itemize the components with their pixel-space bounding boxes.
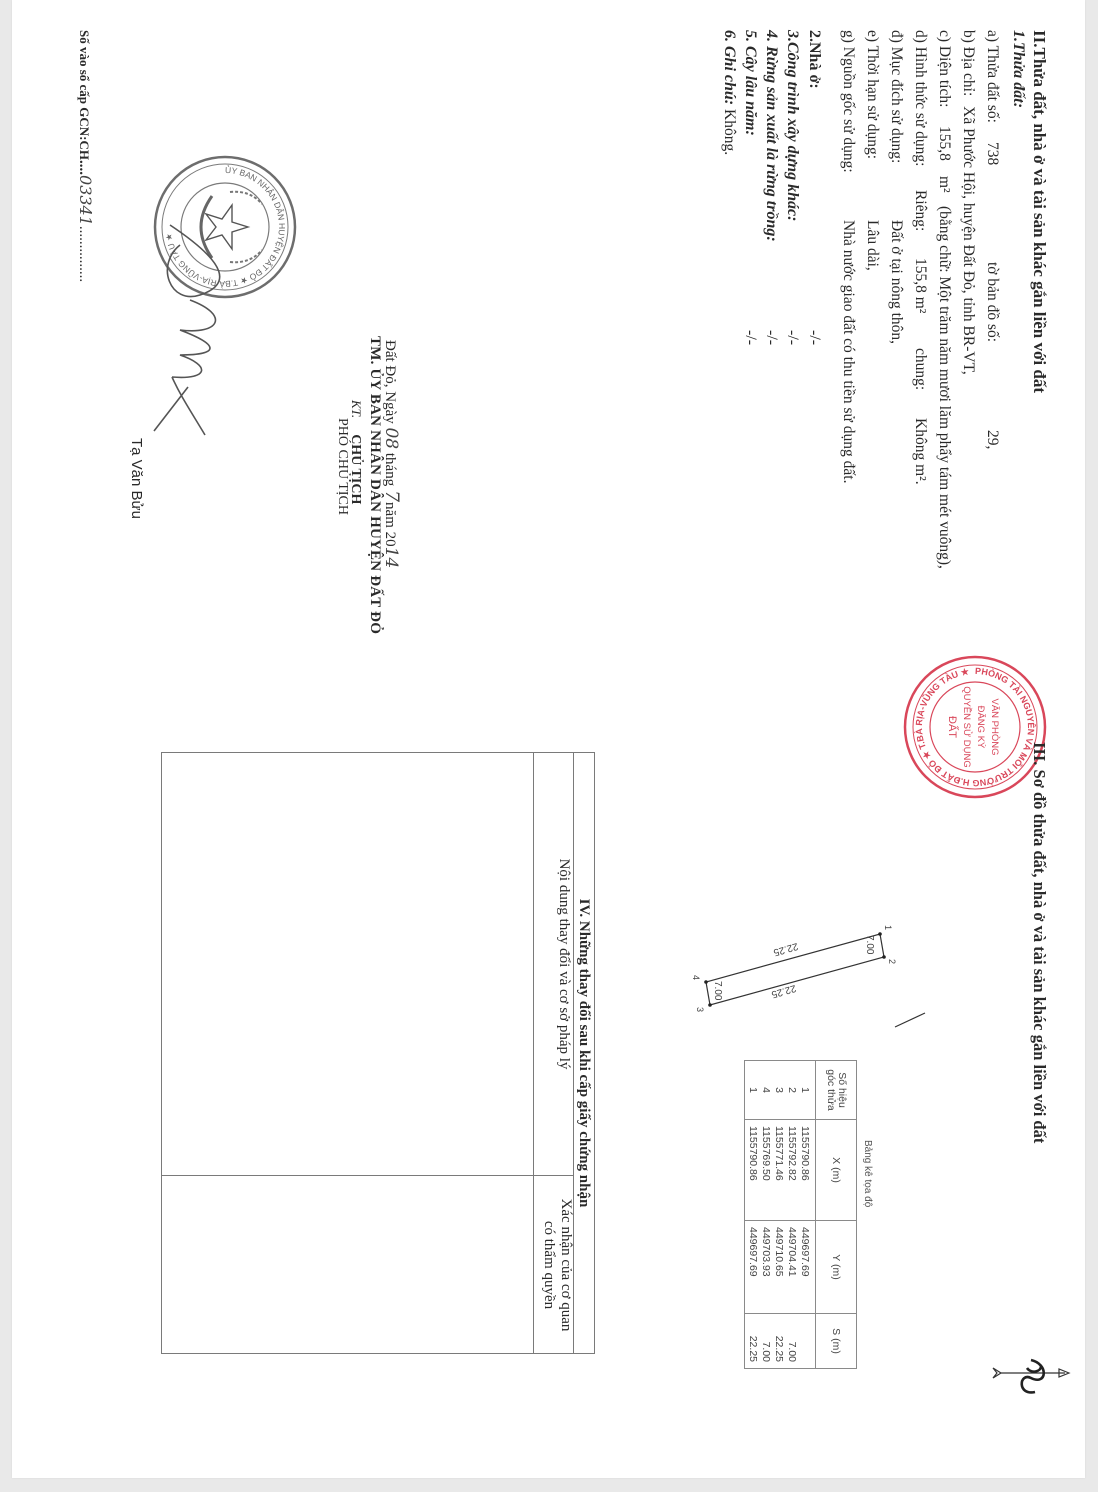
other-construction-value: -/- xyxy=(783,330,801,345)
point-1-label: 1 xyxy=(883,925,893,930)
notes-label: 6. Ghi chú: xyxy=(721,30,738,105)
coord-s xyxy=(799,1314,816,1369)
coord-y: 449697.69 xyxy=(799,1221,816,1314)
edge-4-1-label: 22.25 xyxy=(772,940,800,958)
certificate-page: II.Thửa đất, nhà ở và tài sản khác gắn l… xyxy=(12,0,1085,1478)
svg-text:VĂN PHÒNG: VĂN PHÒNG xyxy=(989,698,1000,755)
sign-month: 7 xyxy=(381,490,403,502)
registration-office-stamp-icon: PHÒNG TÀI NGUYÊN VÀ MÔI TRƯỜNG H.ĐẤT ĐỎ … xyxy=(900,652,1050,802)
private-area: 155,8 m² xyxy=(911,258,929,313)
coord-s: 22.25 xyxy=(745,1314,761,1369)
kt-abbrev: KT. xyxy=(349,400,364,418)
map-sheet-number: 29, xyxy=(983,430,1001,449)
area-row: c) Diện tích: 155,8 m² (bằng chữ: Một tr… xyxy=(935,30,953,107)
sign-month-label: tháng xyxy=(382,453,398,486)
handwritten-signature-icon xyxy=(130,205,250,445)
coord-row: 11155790.86449697.6922.25 xyxy=(745,1061,761,1369)
authority-header-line1: Xác nhận của cơ quan xyxy=(557,1177,574,1353)
coord-y: 449704.41 xyxy=(786,1221,799,1314)
coord-s: 7.00 xyxy=(786,1314,799,1369)
point-2-label: 2 xyxy=(887,959,897,964)
coord-point: 1 xyxy=(745,1061,761,1120)
other-construction-label: 3.Công trình xây dựng khác: xyxy=(784,30,801,221)
notes-row: 6. Ghi chú: Không. xyxy=(720,30,738,155)
edge-1-2-label: 7.00 xyxy=(864,935,875,955)
house-label: 2.Nhà ở: xyxy=(806,30,823,89)
section-iii-title-text: III. Sơ đồ thửa đất, nhà ở và tài sản kh… xyxy=(1030,742,1049,1143)
production-forest-row: 4. Rừng sản xuất là rừng trồng: -/- xyxy=(762,30,780,242)
coord-x: 1155790.86 xyxy=(745,1120,761,1221)
coord-y: 449710.65 xyxy=(773,1221,786,1314)
map-sheet-label: tờ bản đồ số: xyxy=(983,262,1001,342)
coord-table-caption: Bảng kê tọa độ xyxy=(862,1140,873,1207)
perennial-trees-value: -/- xyxy=(741,330,759,345)
register-number-row: Số vào sổ cấp GCN:CH....03341...........… xyxy=(75,30,95,282)
coord-header-s: S (m) xyxy=(816,1314,857,1369)
perennial-trees-row: 5. Cây lâu năm: -/- xyxy=(741,30,759,136)
register-number: 03341 xyxy=(76,175,95,226)
production-forest-value: -/- xyxy=(762,330,780,345)
coord-y: 449703.93 xyxy=(760,1221,773,1314)
coord-point: 2 xyxy=(786,1061,799,1120)
changes-column-header: Nội dung thay đổi và cơ sở pháp lý xyxy=(534,753,574,1175)
shared-label: chung: xyxy=(911,348,929,390)
point-4-label: 4 xyxy=(691,975,701,980)
coord-row: 21155792.82449704.417.00 xyxy=(786,1061,799,1369)
section-iv-table: IV. Những thay đổi sau khi cấp giấy chứn… xyxy=(161,752,595,1354)
signer-role: CHỦ TỊCH xyxy=(348,434,363,504)
land-heading: 1.Thửa đất: xyxy=(1009,30,1027,108)
svg-text:QUYỀN SỬ DỤNG: QUYỀN SỬ DỤNG xyxy=(961,686,973,767)
coord-y: 449697.69 xyxy=(745,1221,761,1314)
document-sheet: II.Thửa đất, nhà ở và tài sản khác gắn l… xyxy=(12,0,1085,1478)
section-ii-title: II.Thửa đất, nhà ở và tài sản khác gắn l… xyxy=(1029,30,1049,393)
perennial-trees-label: 5. Cây lâu năm: xyxy=(742,30,759,136)
origin-label: g) Nguồn gốc sử dụng: xyxy=(840,30,857,173)
origin-value: Nhà nước giao đất có thu tiền sử dụng đấ… xyxy=(839,220,857,483)
house-value: -/- xyxy=(805,330,823,345)
coord-header-x: X (m) xyxy=(816,1120,857,1221)
other-construction-row: 3.Công trình xây dựng khác: -/- xyxy=(783,30,801,221)
parcel-row: a) Thửa đất số: 738 tờ bản đồ số: 29, xyxy=(983,30,1001,123)
sign-date: Đất Đỏ, Ngày 08 tháng 7năm 2014 xyxy=(381,340,403,568)
section-iii-title: III. Sơ đồ thửa đất, nhà ở và tài sản kh… xyxy=(1029,742,1049,1143)
address-row: b) Địa chỉ: Xã Phước Hội, huyện Đất Đỏ, … xyxy=(959,30,977,375)
signer-role-deputy: PHÓ CHỦ TỊCH xyxy=(334,418,350,515)
section-iv-title: IV. Những thay đổi sau khi cấp giấy chứn… xyxy=(573,753,594,1353)
point-3-label: 3 xyxy=(695,1007,705,1012)
parcel-number: 738 xyxy=(983,142,1001,165)
coord-s: 22.25 xyxy=(773,1314,786,1369)
area-unit: m² xyxy=(935,176,953,193)
coord-point: 4 xyxy=(760,1061,773,1120)
coord-header-y: Y (m) xyxy=(816,1221,857,1314)
coord-point: 3 xyxy=(773,1061,786,1120)
coord-row: 31155771.46449710.6522.25 xyxy=(773,1061,786,1369)
coord-point: 1 xyxy=(799,1061,816,1120)
purpose-label: đ) Mục đích sử dụng: xyxy=(888,30,905,163)
area-label: c) Diện tích: xyxy=(936,30,953,107)
notes-value: Không. xyxy=(721,109,738,155)
address-value: Xã Phước Hội, huyện Đất Đỏ, tỉnh BR-VT, xyxy=(960,106,977,375)
area-words: (bằng chữ: Một trăm năm mươi lăm phẩy tá… xyxy=(935,206,953,569)
coord-x: 1155771.46 xyxy=(773,1120,786,1221)
purpose-value: Đất ở tại nông thôn, xyxy=(887,220,905,344)
svg-text:ĐẤT: ĐẤT xyxy=(946,716,959,738)
origin-row: g) Nguồn gốc sử dụng: Nhà nước giao đất … xyxy=(839,30,857,173)
house-row: 2.Nhà ở: -/- xyxy=(805,30,823,89)
coordinate-table: Số hiệu góc thửa X (m) Y (m) S (m) 11155… xyxy=(744,1060,857,1369)
coord-s: 7.00 xyxy=(760,1314,773,1369)
register-label: Số vào sổ cấp GCN:CH xyxy=(77,30,92,160)
authority-confirmation-header: Xác nhận của cơ quan có thẩm quyền xyxy=(534,1177,574,1353)
coord-x: 1155769.50 xyxy=(760,1120,773,1221)
coord-x: 1155792.82 xyxy=(786,1120,799,1221)
authority-header-line2: có thẩm quyền xyxy=(540,1177,557,1353)
term-row: e) Thời hạn sử dụng: Lâu dài, xyxy=(863,30,881,159)
column-divider xyxy=(162,1175,574,1176)
shared-area: Không m². xyxy=(911,418,929,485)
usage-form-row: d) Hình thức sử dụng: Riêng: 155,8 m² ch… xyxy=(911,30,929,167)
private-label: Riêng: xyxy=(911,190,929,231)
coord-row: 11155790.86449697.69 xyxy=(799,1061,816,1369)
sign-year-label: năm 20 xyxy=(382,502,398,547)
signer-name: Tạ Văn Bửu xyxy=(128,438,145,519)
production-forest-label: 4. Rừng sản xuất là rừng trồng: xyxy=(763,30,780,242)
coord-header-point: Số hiệu góc thửa xyxy=(816,1061,857,1120)
address-label: b) Địa chỉ: xyxy=(960,30,977,96)
header-divider xyxy=(533,753,534,1353)
issuing-authority: TM. ỦY BAN NHÂN DÂN HUYỆN ĐẤT ĐỎ xyxy=(366,336,383,634)
area-value: 155,8 xyxy=(935,126,953,161)
north-arrow-icon xyxy=(991,1338,1071,1408)
term-label: e) Thời hạn sử dụng: xyxy=(864,30,881,159)
sign-day: 08 xyxy=(381,427,401,449)
edge-3-4-label: 7.00 xyxy=(712,981,723,1001)
sign-place: Đất Đỏ, Ngày xyxy=(382,340,398,424)
coord-row: 41155769.50449703.937.00 xyxy=(760,1061,773,1369)
parcel-label: a) Thửa đất số: xyxy=(984,30,1001,123)
sign-year: 14 xyxy=(381,547,401,569)
svg-text:ĐĂNG KÝ: ĐĂNG KÝ xyxy=(975,706,986,749)
term-value: Lâu dài, xyxy=(863,220,881,271)
coord-x: 1155790.86 xyxy=(799,1120,816,1221)
usage-form-label: d) Hình thức sử dụng: xyxy=(912,30,929,167)
purpose-row: đ) Mục đích sử dụng: Đất ở tại nông thôn… xyxy=(887,30,905,163)
